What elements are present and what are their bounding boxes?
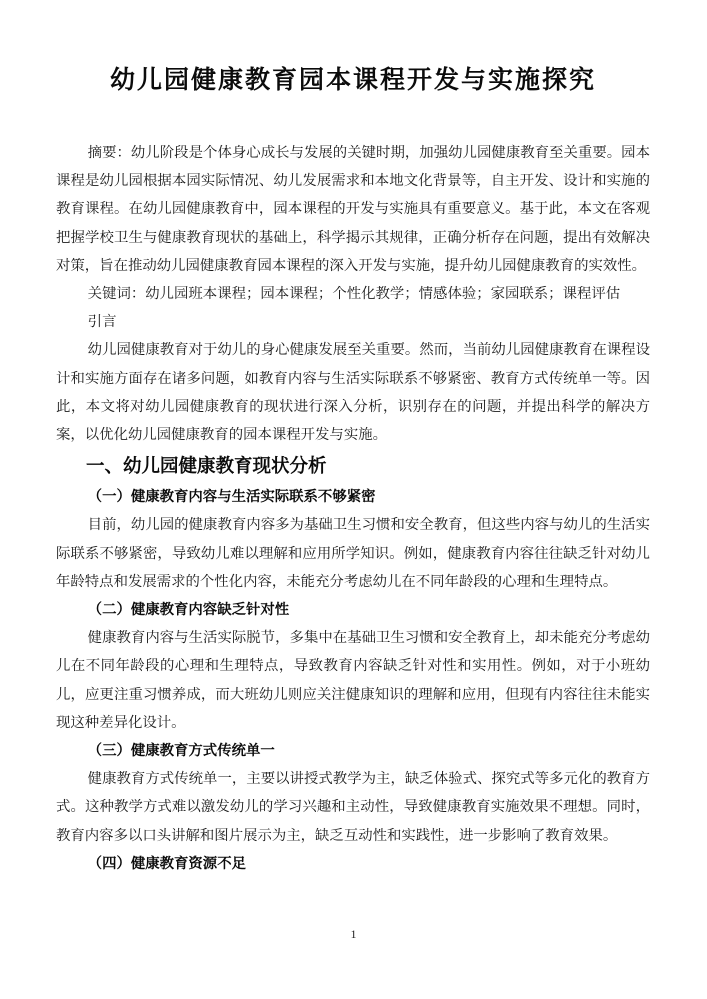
abstract-paragraph: 摘要：幼儿阶段是个体身心成长与发展的关键时期，加强幼儿园健康教育至关重要。园本课… [56, 139, 650, 280]
keywords-line: 关键词：幼儿园班本课程；园本课程；个性化教学；情感体验；家园联系；课程评估 [56, 280, 650, 308]
introduction-paragraph: 幼儿园健康教育对于幼儿的身心健康发展至关重要。然而，当前幼儿园健康教育在课程设计… [56, 336, 650, 449]
document-title: 幼儿园健康教育园本课程开发与实施探究 [56, 64, 650, 98]
subsection-4-heading: （四）健康教育资源不足 [56, 850, 650, 878]
subsection-3-heading: （三）健康教育方式传统单一 [56, 737, 650, 765]
document-page: 幼儿园健康教育园本课程开发与实施探究 摘要：幼儿阶段是个体身心成长与发展的关键时… [0, 0, 707, 999]
subsection-2-heading: （二）健康教育内容缺乏针对性 [56, 596, 650, 624]
subsection-1-heading: （一）健康教育内容与生活实际联系不够紧密 [56, 483, 650, 511]
subsection-2-paragraph: 健康教育内容与生活实际脱节，多集中在基础卫生习惯和安全教育上，却未能充分考虑幼儿… [56, 624, 650, 737]
page-number: 1 [0, 927, 707, 942]
subsection-3-paragraph: 健康教育方式传统单一，主要以讲授式教学为主，缺乏体验式、探究式等多元化的教育方式… [56, 765, 650, 850]
document-content: 幼儿园健康教育园本课程开发与实施探究 摘要：幼儿阶段是个体身心成长与发展的关键时… [0, 0, 707, 878]
section-1-heading: 一、幼儿园健康教育现状分析 [56, 449, 650, 483]
subsection-1-paragraph: 目前，幼儿园的健康教育内容多为基础卫生习惯和安全教育，但这些内容与幼儿的生活实际… [56, 511, 650, 596]
introduction-heading: 引言 [56, 308, 650, 336]
